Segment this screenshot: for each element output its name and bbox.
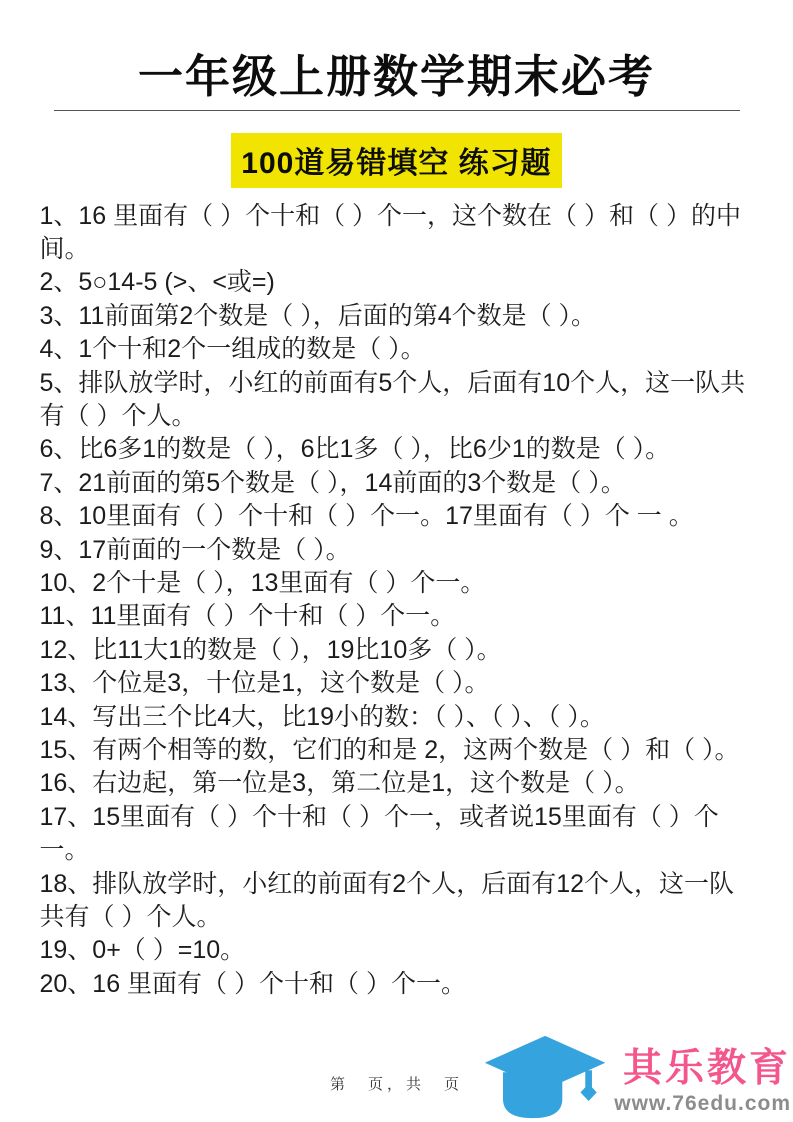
question-list: 1、16 里面有（ ）个十和（ ）个一，这个数在（ ）和（ ）的中间。 2、5○… [40, 200, 754, 1002]
question-item-13: 13、个位是3，十位是1，这个数是（ ）。 [40, 667, 754, 700]
logo-text-block: 其乐教育 www.76edu.com [614, 1049, 791, 1122]
graduation-cap-icon [484, 1034, 610, 1122]
question-item-19: 19、0+（ ）=10。 [40, 934, 754, 967]
header: 一年级上册数学期末必考 [54, 0, 740, 111]
highlighted-subtitle: 100道易错填空 练习题 [231, 133, 561, 188]
question-item-7: 7、21前面的第5个数是（ ），14前面的3个数是（ ）。 [40, 467, 754, 500]
question-item-8: 8、10里面有（ ）个十和（ ）个一。17里面有（ ）个 一 。 [40, 500, 754, 533]
question-item-20: 20、16 里面有（ ）个十和（ ）个一。 [40, 968, 754, 1001]
question-item-18: 18、排队放学时，小红的前面有2个人，后面有12个人，这一队共有（ ）个人。 [40, 868, 754, 935]
question-item-14: 14、写出三个比4大，比19小的数：（ ）、（ ）、（ ）。 [40, 701, 754, 734]
question-item-10: 10、2个十是（ ），13里面有（ ）个一。 [40, 567, 754, 600]
page-title: 一年级上册数学期末必考 [54, 52, 740, 102]
question-item-3: 3、11前面第2个数是（ ），后面的第4个数是（ ）。 [40, 300, 754, 333]
question-item-1: 1、16 里面有（ ）个十和（ ）个一，这个数在（ ）和（ ）的中间。 [40, 200, 754, 267]
question-item-6: 6、比6多1的数是（ ），6比1多（ ），比6少1的数是（ ）。 [40, 433, 754, 466]
question-item-15: 15、有两个相等的数，它们的和是 2，这两个数是（ ）和（ ）。 [40, 734, 754, 767]
question-item-12: 12、比11大1的数是（ ），19比10多（ ）。 [40, 634, 754, 667]
question-item-5: 5、排队放学时，小红的前面有5个人，后面有10个人，这一队共有（ ）个人。 [40, 367, 754, 434]
worksheet-page: 一年级上册数学期末必考 100道易错填空 练习题 1、16 里面有（ ）个十和（… [0, 0, 793, 1122]
logo-name: 其乐教育 [623, 1049, 791, 1090]
logo-website: www.76edu.com [614, 1092, 791, 1116]
question-item-4: 4、1个十和2个一组成的数是（ ）。 [40, 333, 754, 366]
question-item-9: 9、17前面的一个数是（ ）。 [40, 534, 754, 567]
subtitle-wrap: 100道易错填空 练习题 [0, 133, 793, 188]
question-item-11: 11、11里面有（ ）个十和（ ）个一。 [40, 600, 754, 633]
question-item-2: 2、5○14-5 (>、<或=) [40, 266, 754, 299]
question-item-16: 16、右边起，第一位是3，第二位是1，这个数是（ ）。 [40, 767, 754, 800]
brand-logo: 其乐教育 www.76edu.com [484, 1034, 791, 1122]
question-item-17: 17、15里面有（ ）个十和（ ）个一，或者说15里面有（ ）个一。 [40, 801, 754, 868]
